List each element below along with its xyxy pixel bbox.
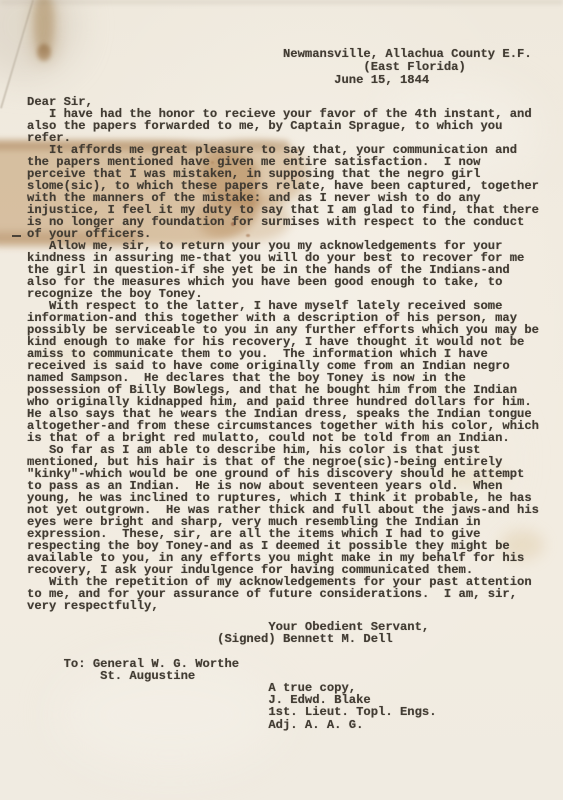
letter-line: very respectfully, xyxy=(27,600,539,612)
letter-line: June 15, 1844 xyxy=(27,74,532,87)
paper-top-edge-shadow xyxy=(0,0,563,4)
letter-line: Adj. A. A. G. xyxy=(27,719,437,731)
letter-line: 1st. Lieut. Topl. Engs. xyxy=(27,706,437,718)
addressee-block: To: General W. G. WortheSt. Augustine xyxy=(27,658,239,682)
letter-page: Newmansville, Allachua County E.F.(East … xyxy=(0,0,563,800)
letter-line: A true copy, xyxy=(27,682,437,694)
letter-line: (Signed) Bennett M. Dell xyxy=(27,633,429,645)
letter-line: (East Florida) xyxy=(27,61,532,74)
letter-line: St. Augustine xyxy=(27,670,239,682)
stray-ink-mark xyxy=(12,235,21,237)
dateline: Newmansville, Allachua County E.F.(East … xyxy=(27,48,532,87)
certification-block: A true copy,J. Edwd. Blake1st. Lieut. To… xyxy=(27,682,437,731)
letter-body: Dear Sir, I have had the honor to reciev… xyxy=(27,96,539,612)
letter-line: also the papers forwarded to me, by Capt… xyxy=(27,120,539,132)
signature-block: Your Obedient Servant,(Signed) Bennett M… xyxy=(27,621,429,645)
